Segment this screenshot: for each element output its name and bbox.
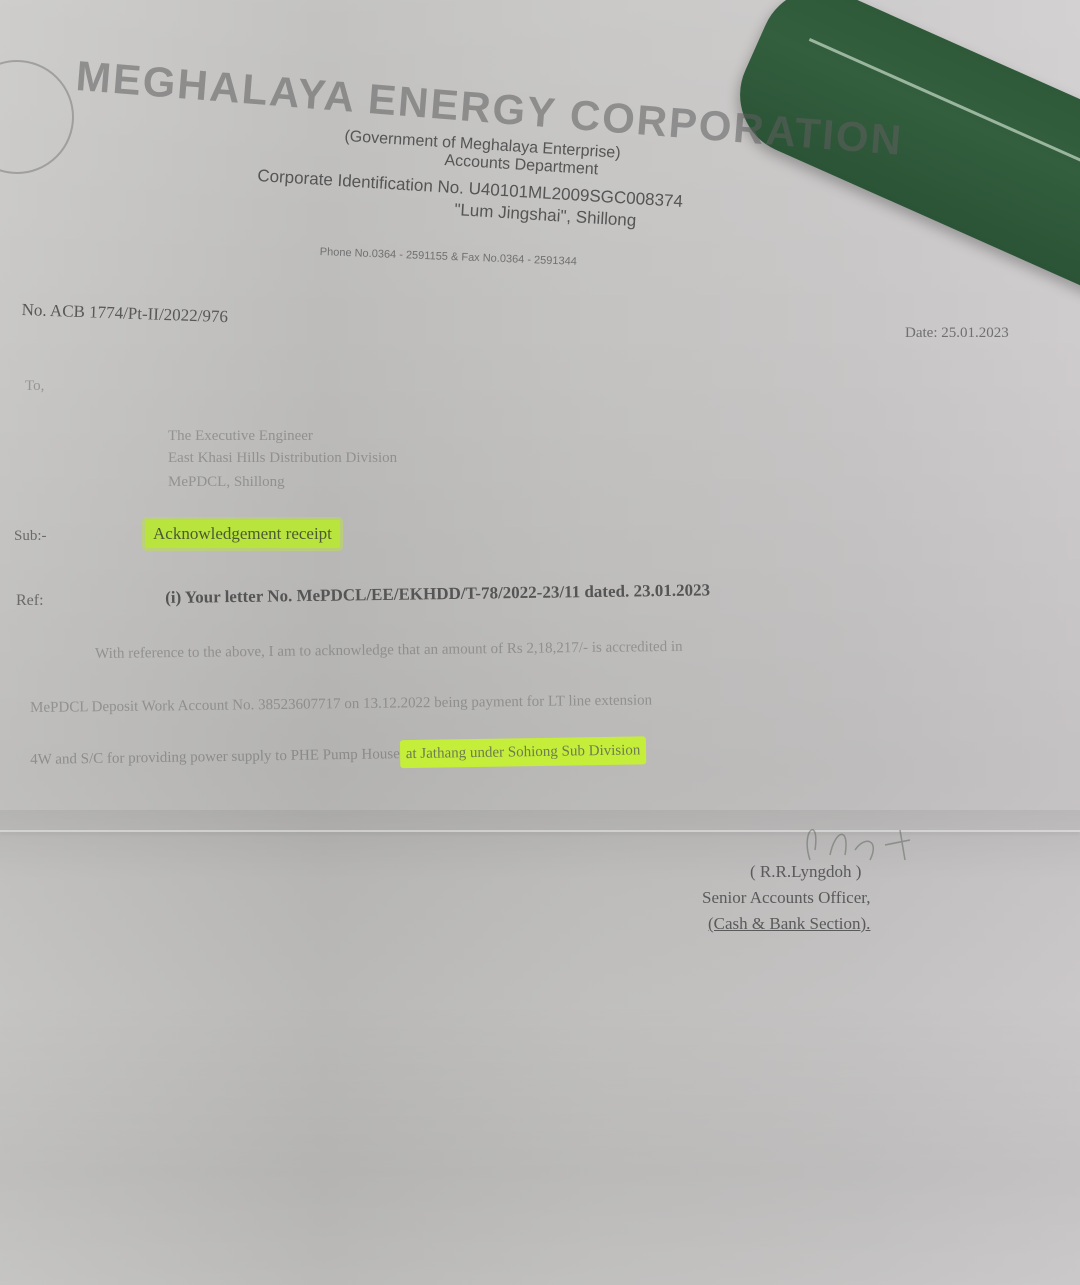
addressee-line-1: The Executive Engineer	[168, 428, 313, 445]
body-line-3-highlight: at Jathang under Sohiong Sub Division	[400, 736, 647, 768]
subject-label: Sub:-	[14, 528, 47, 545]
to-label: To,	[25, 378, 44, 395]
signatory-title: Senior Accounts Officer,	[702, 888, 871, 908]
addressee-line-3: MePDCL, Shillong	[168, 474, 285, 491]
addressee-line-2: East Khasi Hills Distribution Division	[168, 450, 397, 467]
subject-text: Acknowledgement receipt	[145, 520, 340, 548]
handwritten-signature	[790, 810, 940, 870]
signatory-name: ( R.R.Lyngdoh )	[750, 862, 861, 882]
paper-shadow	[0, 1000, 1080, 1285]
letter-date: Date: 25.01.2023	[905, 325, 1009, 342]
signatory-section: (Cash & Bank Section).	[708, 914, 870, 934]
ref-label: Ref:	[16, 592, 44, 610]
